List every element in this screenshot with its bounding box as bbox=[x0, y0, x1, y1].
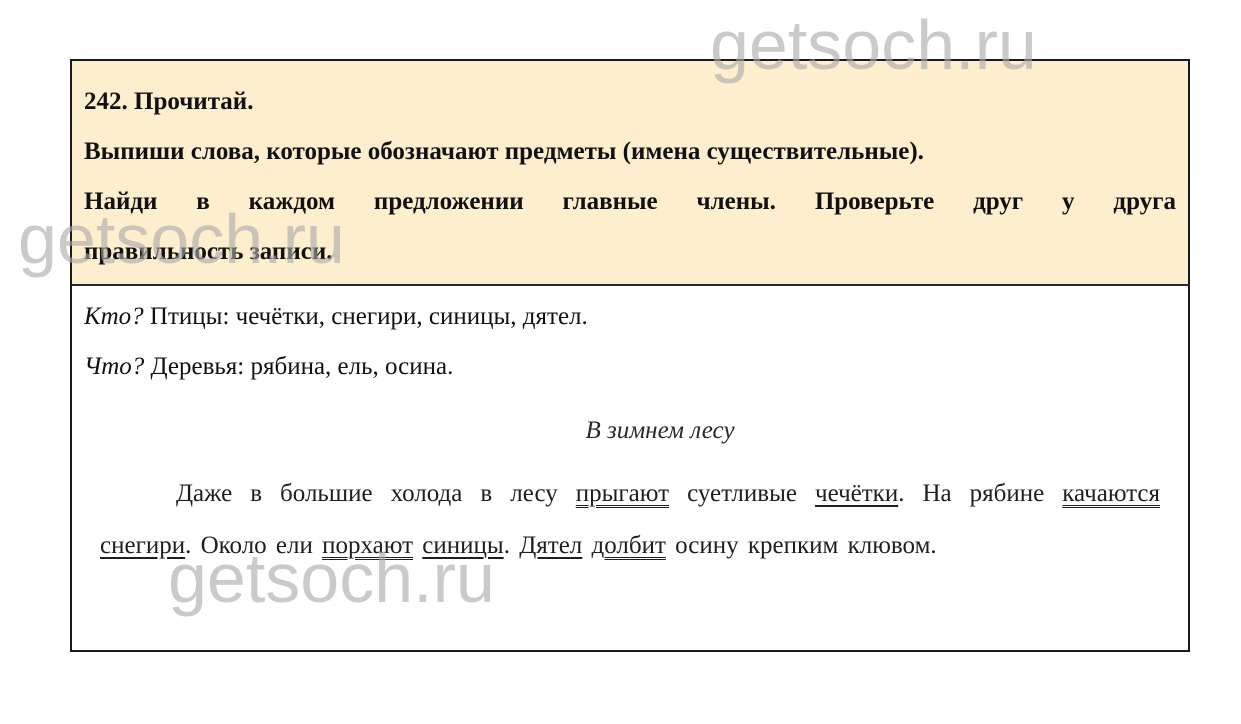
answer-birds: Птицы: чечётки, снегири, синицы, дятел. bbox=[144, 303, 588, 330]
story-body: Даже в большие холода в лесу прыгают суе… bbox=[100, 468, 1160, 572]
exercise-instruction-2-line-1: Найди в каждом предложении главные члены… bbox=[84, 177, 1176, 227]
exercise-instruction-2-line-2: правильность записи. bbox=[84, 227, 1176, 277]
subject-word: чечётки bbox=[815, 480, 898, 507]
story-block: В зимнем лесу Даже в большие холода в ле… bbox=[100, 416, 1160, 572]
predicate-word: качаются bbox=[1062, 480, 1160, 507]
exercise-header: 242. Прочитай. Выпиши слова, которые обо… bbox=[72, 61, 1188, 286]
story-text: осину крепким клювом. bbox=[666, 532, 937, 559]
story-text: . bbox=[504, 532, 520, 559]
story-text: Даже в большие холода в лесу bbox=[176, 480, 576, 507]
story-text: . Около ели bbox=[185, 532, 322, 559]
subject-word: синицы bbox=[422, 532, 503, 559]
answer-line-what: Что? Деревья: рябина, ель, осина. bbox=[84, 342, 453, 392]
exercise-number-title: 242. Прочитай. bbox=[84, 77, 1176, 127]
predicate-word: прыгают bbox=[576, 480, 669, 507]
story-text bbox=[413, 532, 422, 559]
question-what: Что? bbox=[84, 353, 144, 380]
predicate-word: порхают bbox=[322, 532, 413, 559]
exercise-instruction-1: Выпиши слова, которые обозначают предмет… bbox=[84, 127, 1176, 177]
answer-trees: Деревья: рябина, ель, осина. bbox=[144, 353, 453, 380]
exercise-answer: Кто? Птицы: чечётки, снегири, синицы, дя… bbox=[72, 286, 1188, 650]
predicate-word: долбит bbox=[592, 532, 666, 559]
story-title: В зимнем лесу bbox=[100, 416, 1160, 446]
exercise-card: 242. Прочитай. Выпиши слова, которые обо… bbox=[70, 59, 1190, 652]
story-text: суетливые bbox=[669, 480, 815, 507]
subject-word: снегири bbox=[100, 532, 185, 559]
story-text: . На рябине bbox=[898, 480, 1062, 507]
subject-word: Дятел bbox=[519, 532, 582, 559]
question-who: Кто? bbox=[84, 303, 144, 330]
story-text bbox=[582, 532, 591, 559]
answer-line-who: Кто? Птицы: чечётки, снегири, синицы, дя… bbox=[84, 292, 588, 342]
